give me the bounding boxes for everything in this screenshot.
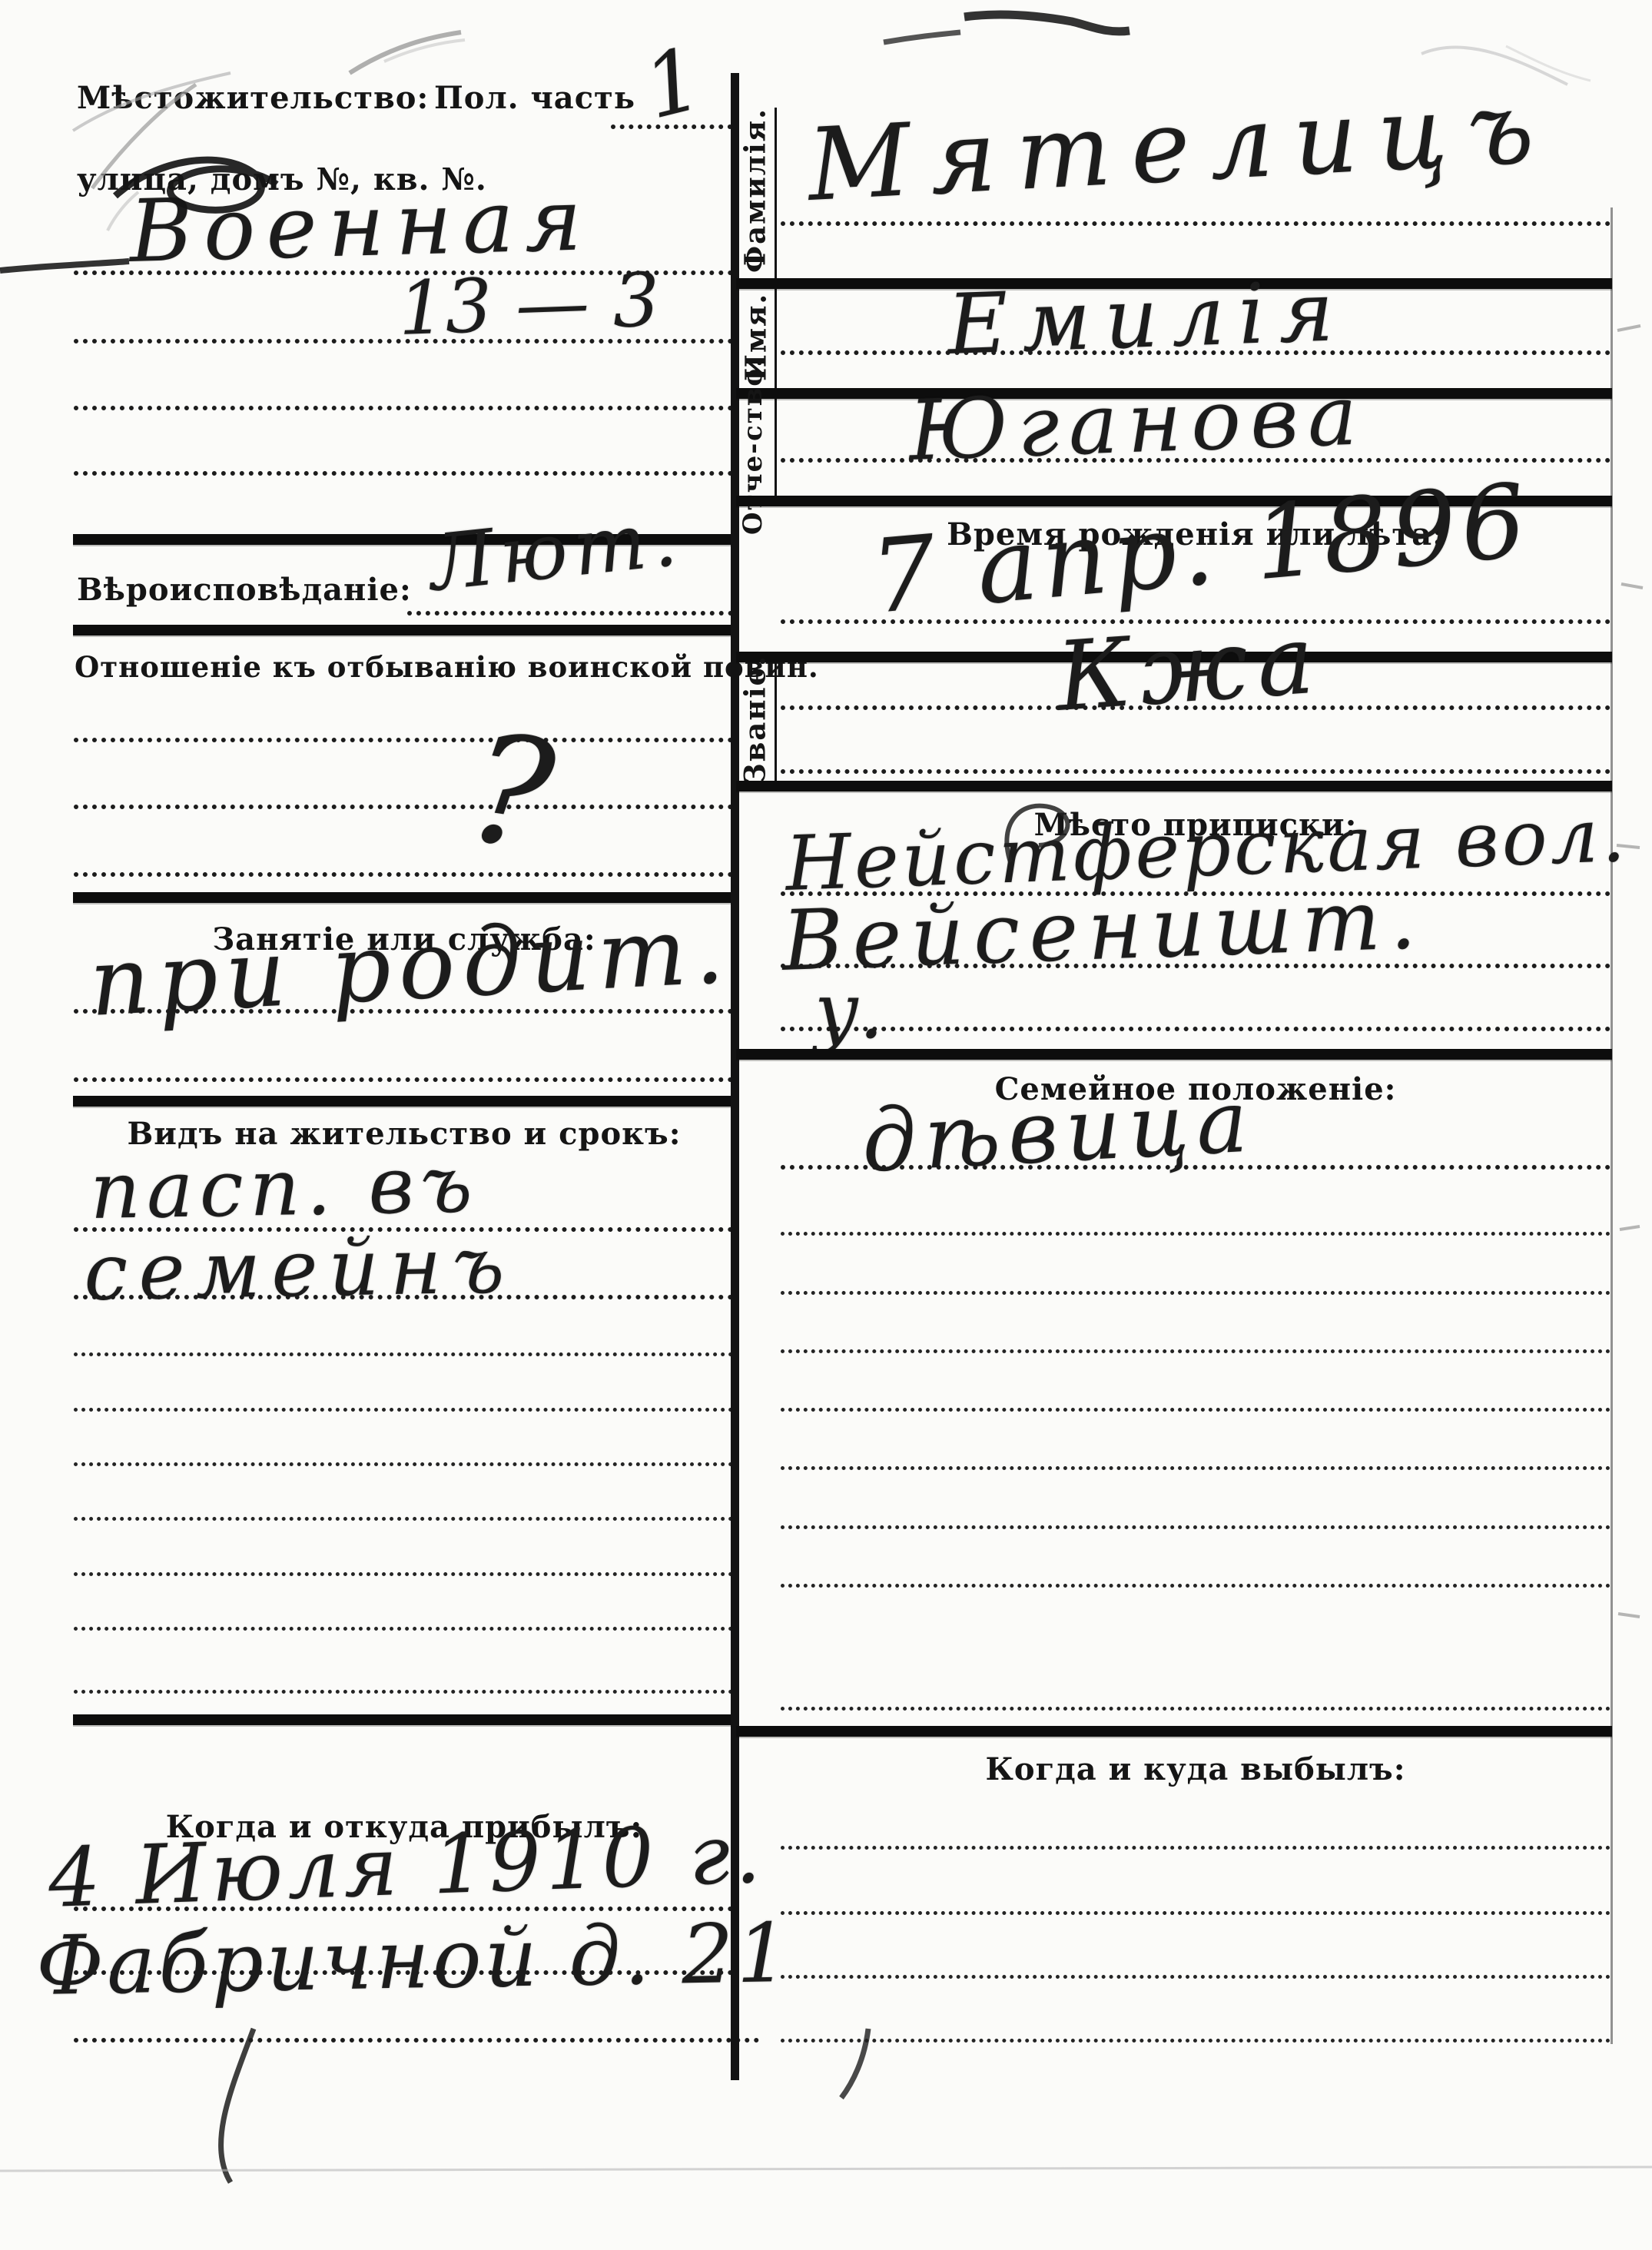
name-dotted-line <box>781 350 1611 355</box>
police-part-label: Пол. часть <box>434 83 635 114</box>
empty-dotted-line <box>74 1462 733 1466</box>
empty-dotted-line <box>74 471 733 476</box>
departed-label: Когда и куда выбылъ: <box>781 1754 1611 1785</box>
divider-bar <box>73 1714 735 1725</box>
rank-dotted-line <box>781 705 1611 710</box>
religion-value-handwriting: Лют. <box>426 499 687 602</box>
empty-dotted-line <box>781 1466 1611 1470</box>
surname-value-handwriting: Мятелицъ <box>805 76 1556 215</box>
surname-dotted-line <box>781 221 1611 226</box>
empty-dotted-line <box>781 1975 1611 1979</box>
family-status-dotted-line <box>781 1165 1611 1170</box>
empty-dotted-line <box>74 805 733 809</box>
empty-dotted-line <box>781 1846 1611 1850</box>
empty-dotted-line <box>781 1911 1611 1915</box>
empty-dotted-line <box>781 1408 1611 1412</box>
divider-bar <box>736 781 1612 791</box>
empty-dotted-line <box>781 1525 1611 1529</box>
empty-dotted-line <box>74 1077 733 1082</box>
divider-bar <box>736 1049 1612 1060</box>
arrived-dotted-line <box>74 1970 733 1975</box>
patronymic-label-line2: ство. <box>740 357 768 441</box>
registration-dotted-line <box>781 964 1611 968</box>
permit-dotted-line <box>74 1295 733 1299</box>
house-dotted-line <box>74 339 733 343</box>
permit-value-line2-handwriting: семейнъ <box>83 1226 516 1312</box>
empty-dotted-line <box>74 872 733 877</box>
empty-dotted-line <box>74 1690 733 1694</box>
empty-dotted-line <box>74 1627 733 1631</box>
rank-label-text: Званіе. <box>741 655 771 784</box>
military-duty-label: Отношеніе къ отбыванію воинской повин. <box>75 653 819 682</box>
label-separator-line <box>775 655 777 782</box>
torn-right-edge <box>1611 207 1613 2044</box>
birth-value-handwriting: 7 апр. 1896 <box>867 470 1534 629</box>
religion-label: Вѣроисповѣданіе: <box>77 575 412 606</box>
empty-dotted-line <box>781 769 1611 774</box>
divider-bar <box>736 1726 1612 1737</box>
patronymic-row-label: Отче- ство. <box>731 396 776 496</box>
permit-value-line1-handwriting: пасп. въ <box>89 1146 479 1231</box>
empty-dotted-line <box>781 1291 1611 1295</box>
empty-dotted-line <box>74 1352 733 1356</box>
arrived-line2-handwriting: Фабричной д. 21 <box>35 1913 792 2007</box>
registration-card-scan: Мѣстожительство: Пол. часть 1 улица, дом… <box>0 0 1652 2250</box>
arrived-line1-handwriting: 4 Июля 1910 г. <box>47 1814 766 1920</box>
registration-dotted-line <box>781 1027 1611 1031</box>
house-value-handwriting: 13 — 3 <box>397 263 661 346</box>
empty-dotted-line <box>781 2039 1611 2043</box>
police-part-value-handwriting: 1 <box>636 35 710 132</box>
empty-dotted-line <box>781 1232 1611 1236</box>
occupation-dotted-line <box>74 1009 733 1014</box>
empty-dotted-line <box>74 2038 759 2043</box>
empty-dotted-line <box>781 1584 1611 1588</box>
empty-dotted-line <box>74 406 733 410</box>
divider-bar <box>73 1096 735 1107</box>
empty-dotted-line <box>74 738 733 742</box>
patronymic-label-line1: Отче- <box>740 441 768 534</box>
empty-dotted-line <box>74 1408 733 1412</box>
empty-dotted-line <box>74 1572 733 1576</box>
surname-row-label: Фамилія. <box>736 108 775 273</box>
patronymic-dotted-line <box>781 458 1611 463</box>
empty-dotted-line <box>74 1517 733 1521</box>
rank-row-label: Званіе. <box>736 659 775 779</box>
military-duty-value-handwriting: ? <box>461 712 562 872</box>
surname-label-text: Фамилія. <box>741 108 771 273</box>
registration-line3-handwriting: у. <box>814 973 884 1050</box>
residence-label: Мѣстожительство: <box>77 83 429 114</box>
religion-dotted-line <box>407 611 733 616</box>
empty-dotted-line <box>781 1707 1611 1711</box>
divider-bar <box>73 625 735 636</box>
street-value-handwriting: Военная <box>128 177 593 275</box>
empty-dotted-line <box>781 1349 1611 1353</box>
